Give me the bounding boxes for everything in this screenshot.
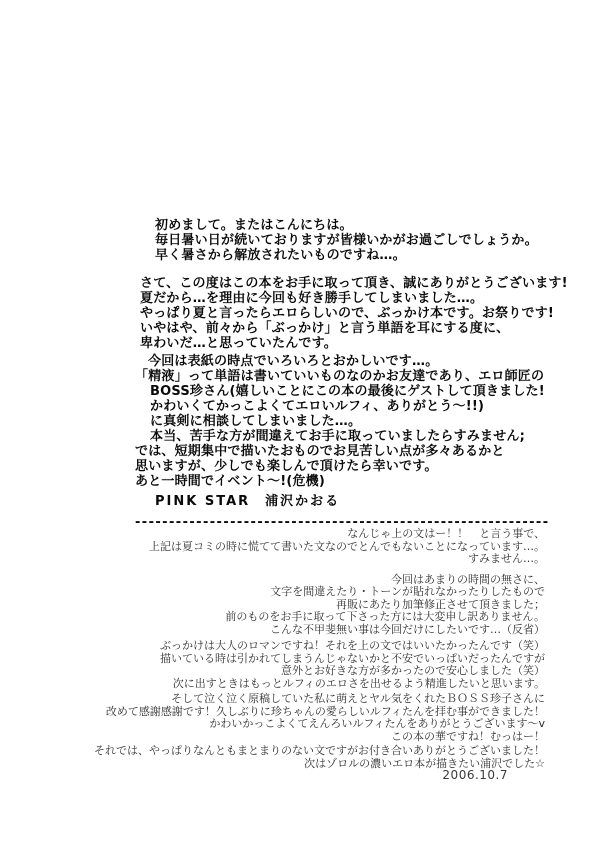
afterword-paragraph: では、短期集中で描いたおものでお見苦しい点が多々あるかと 思いますが、少しでも楽… xyxy=(135,444,550,489)
afterword-line: いやはや、前々から「ぶっかけ」と言う単語を耳にする度に、 xyxy=(135,321,550,336)
postscript-paragraph: それでは、やっぱりなんともまとまりのない文ですがお付き合いありがとうございました… xyxy=(55,745,545,770)
afterword-line: 夏だから…を理由に今回も好き勝手してしまいました…。 xyxy=(135,291,550,306)
afterword-page: 初めまして。またはこんにちは。 毎日暑い日が続いておりますが皆様いかがお過ごしで… xyxy=(0,0,600,847)
afterword-line: に真剣に相談してしまいました…。 xyxy=(135,414,550,429)
afterword-line: 毎日暑い日が続いておりますが皆様いかがお過ごしでしょうか。 xyxy=(135,233,550,248)
afterword-line: 卑わいだ…と思っていたんです。 xyxy=(135,336,550,351)
afterword-line: 初めまして。またはこんにちは。 xyxy=(135,218,550,233)
postscript-line: 意外とお好きな方が多かったので安心しました（笑） xyxy=(55,665,545,678)
postscript-line: ぶっかけは大人のロマンですね！それを上の文ではいいたかったんです（笑） xyxy=(55,640,545,653)
afterword-line: では、短期集中で描いたおものでお見苦しい点が多々あるかと xyxy=(135,444,550,459)
postscript-line: こんな不甲斐無い事は今回だけにしたいです…（反省） xyxy=(55,624,545,637)
postscript-line: 文字を間違えたり・トーンが貼れなかったりしたもので xyxy=(55,586,545,599)
postscript-line: 前のものをお手に取って下さった方には大変申し訳ありません。 xyxy=(55,611,545,624)
postscript-paragraph: なんじゃ上の文はー！！ と言う事で、 上記は夏コミの時に慌てて書いた文なのでとん… xyxy=(55,528,545,566)
afterword-paragraph: 初めまして。またはこんにちは。 毎日暑い日が続いておりますが皆様いかがお過ごしで… xyxy=(135,218,550,263)
afterword-line: かわいくてかっこよくてエロいルフィ、ありがとう～!!) xyxy=(135,399,550,414)
afterword-line: 思いますが、少しでも楽しんで頂けたら幸いです。 xyxy=(135,459,550,474)
postscript-line: そして泣く泣く原稿していた私に萌えとヤル気をくれたＢＯＳＳ珍子さんに xyxy=(55,693,545,706)
postscript-line: この本の華ですね！むっはー！ xyxy=(55,731,545,744)
afterword-line: 本当、苦手な方が間違えてお手に取っていましたらすみません; xyxy=(135,429,550,444)
postscript-line: それでは、やっぱりなんともまとまりのない文ですがお付き合いありがとうございました… xyxy=(55,745,545,758)
date-label: 2006.10.7 xyxy=(442,768,508,782)
postscript-section: なんじゃ上の文はー！！ と言う事で、 上記は夏コミの時に慌てて書いた文なのでとん… xyxy=(55,528,545,770)
afterword-line: BOSS珍さん(嬉しいことにこの本の最後にゲストして頂きました! xyxy=(135,384,550,399)
postscript-paragraph: 今回はあまりの時間の無さに、 文字を間違えたり・トーンが貼れなかったりしたもので… xyxy=(55,574,545,637)
postscript-paragraph: そして泣く泣く原稿していた私に萌えとヤル気をくれたＢＯＳＳ珍子さんに 改めて感謝… xyxy=(55,693,545,743)
postscript-line: すみません…。 xyxy=(55,553,545,566)
afterword-line: 「精液」って単語は書いていいものなのかお友達であり、エロ師匠の xyxy=(135,369,550,384)
afterword-line: さて、この度はこの本をお手に取って頂き、誠にありがとうございます! xyxy=(135,276,550,291)
afterword-section: 初めまして。またはこんにちは。 毎日暑い日が続いておりますが皆様いかがお過ごしで… xyxy=(135,218,550,530)
postscript-line: かわいかっこよくてえんろいルフィたんをありがとうございます～v xyxy=(55,718,545,731)
afterword-paragraph: さて、この度はこの本をお手に取って頂き、誠にありがとうございます! 夏だから…を… xyxy=(135,276,550,351)
postscript-paragraph: ぶっかけは大人のロマンですね！それを上の文ではいいたかったんです（笑） 描いてい… xyxy=(55,640,545,690)
afterword-paragraph: 今回は表紙の時点でいろいろとおかしいです…。 「精液」って単語は書いていいものな… xyxy=(135,354,550,444)
afterword-line: あと一時間でイベント～!(危機) xyxy=(135,474,550,489)
postscript-line: 次に出すときはもっとルフィのエロさを出せるよう精進したいと思います。 xyxy=(55,678,545,691)
author-signature: PINK STAR 浦沢かおる xyxy=(135,494,550,509)
afterword-line: やっぱり夏と言ったらエロらしいので、ぶっかけ本です。お祭りです! xyxy=(135,306,550,321)
afterword-line: 今回は表紙の時点でいろいろとおかしいです…。 xyxy=(135,354,550,369)
postscript-line: なんじゃ上の文はー！！ と言う事で、 xyxy=(55,528,545,541)
afterword-line: 早く暑さから解放されたいものですね…。 xyxy=(135,248,550,263)
